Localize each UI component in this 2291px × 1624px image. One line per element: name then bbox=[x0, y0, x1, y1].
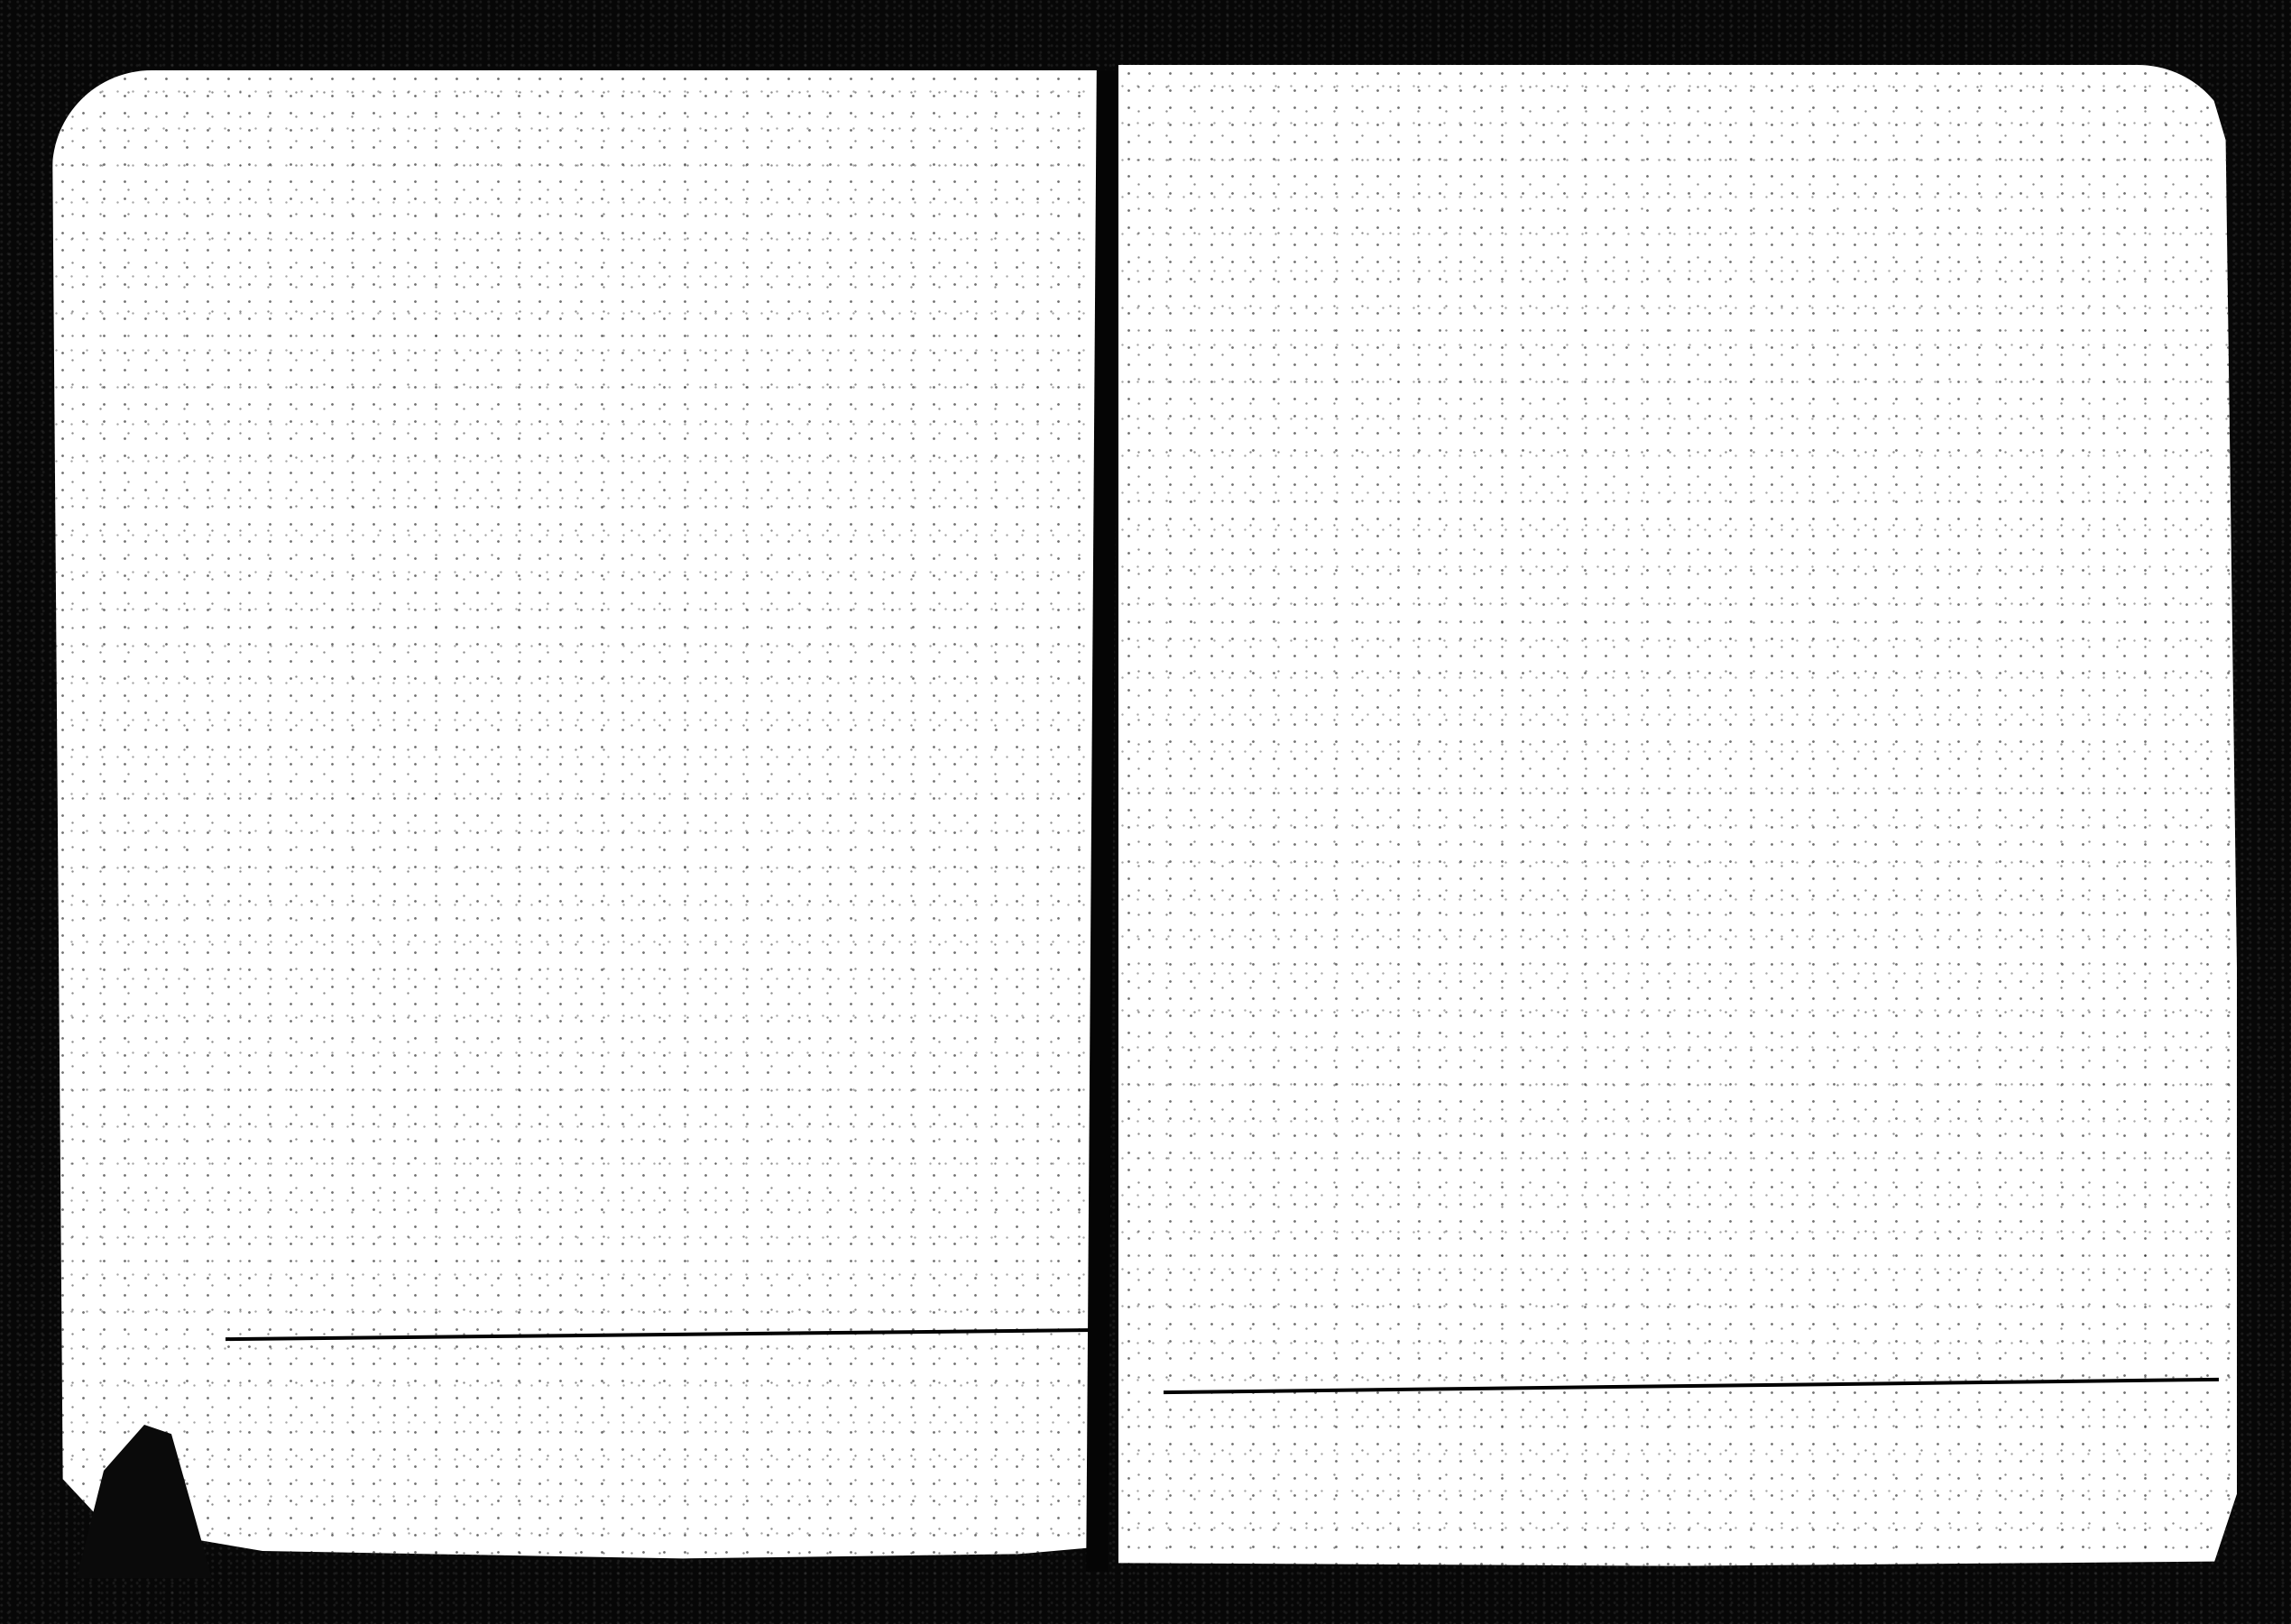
right-page bbox=[1118, 65, 2237, 1569]
left-page bbox=[52, 70, 1103, 1569]
